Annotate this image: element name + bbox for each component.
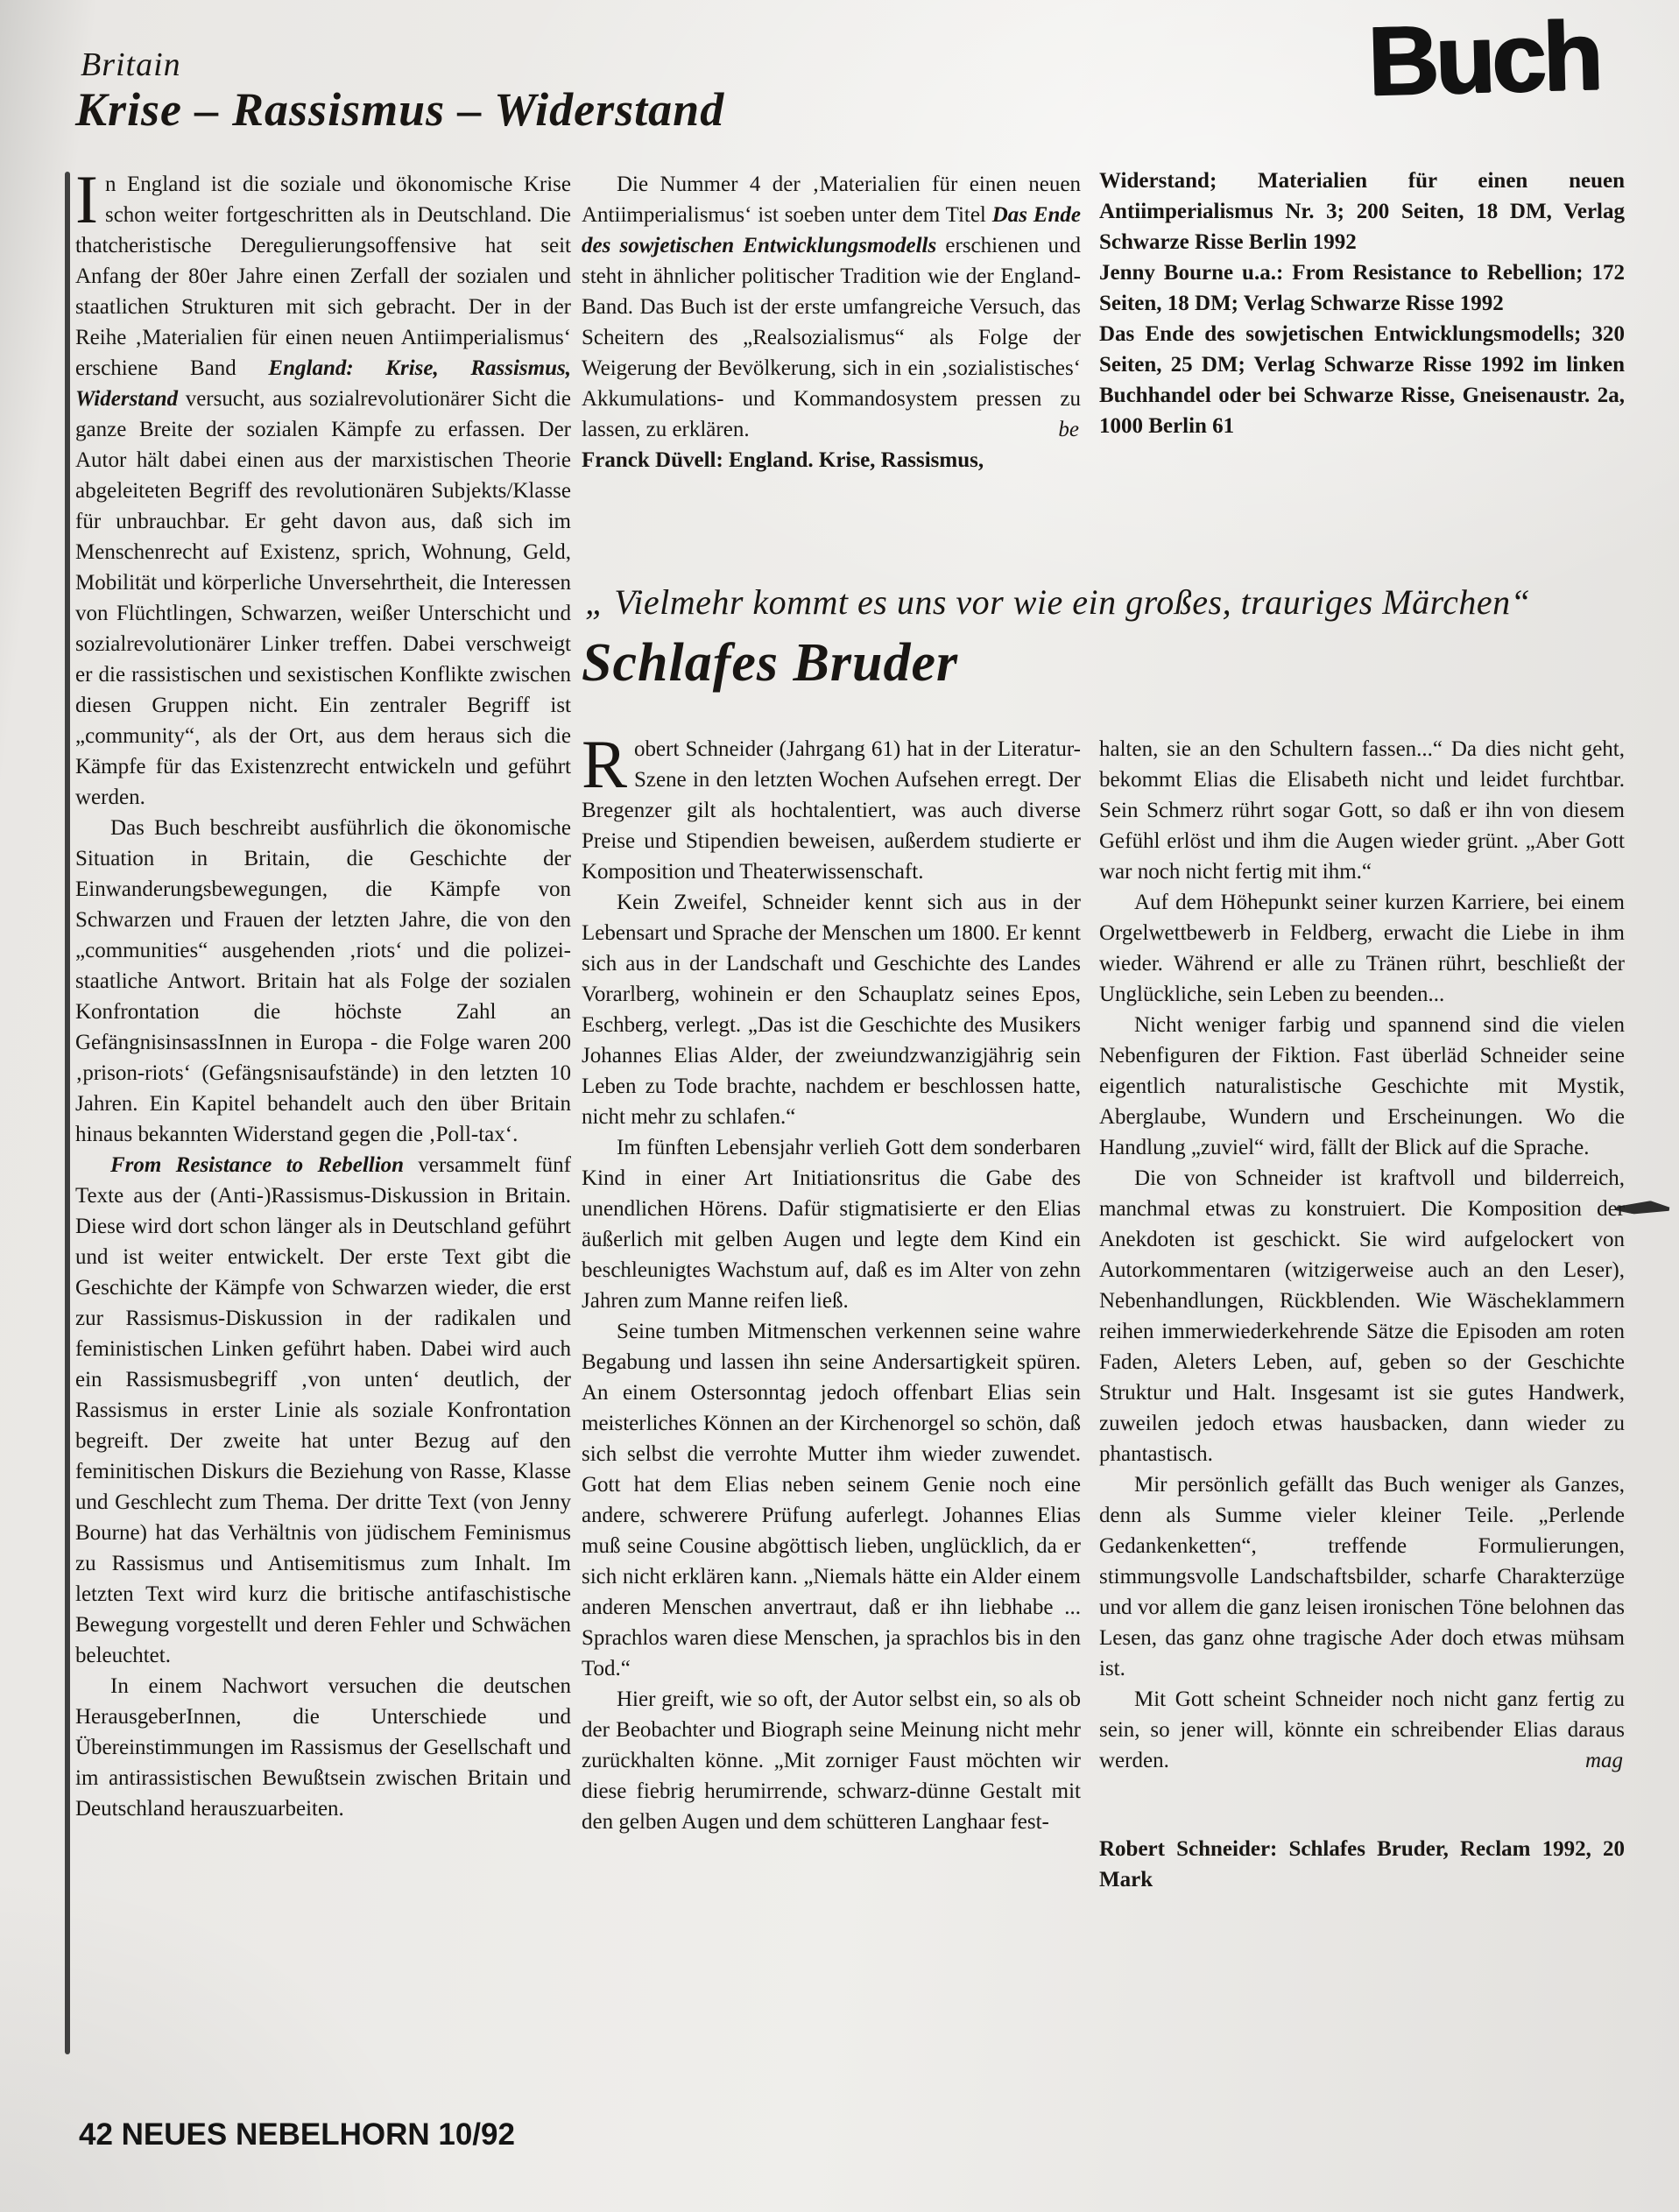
- article2-column-2: halten, sie an den Schultern fassen...“ …: [1099, 734, 1625, 1895]
- text-run: From Resistance to Rebellion: [110, 1153, 404, 1177]
- text-run: Mit Gott scheint Schneider noch nicht ga…: [1099, 1687, 1625, 1772]
- paragraph: halten, sie an den Schultern fassen...“ …: [1099, 734, 1625, 887]
- paragraph: Robert Schneider: Schlafes Bruder, Recla…: [1099, 1834, 1625, 1895]
- text-run: Nicht weniger farbig und spannend sind d…: [1099, 1013, 1625, 1159]
- paragraph: Franck Düvell: England. Krise, Rassismus…: [582, 445, 1081, 476]
- magazine-page: Britain Krise – Rassismus – Widerstand B…: [0, 0, 1679, 2212]
- text-run: n England ist die soziale und ökonomisch…: [75, 173, 571, 380]
- text-run: Seine tumben Mitmenschen verkennen seine…: [582, 1320, 1081, 1680]
- page-footer: 42 NEUES NEBELHORN 10/92: [79, 2117, 515, 2152]
- text-run: versammelt fünf Texte aus der (Anti-)Ras…: [75, 1153, 571, 1667]
- paragraph: Widerstand; Materialien für einen neuen …: [1099, 166, 1625, 257]
- paragraph: Seine tumben Mitmenschen verkennen seine…: [582, 1316, 1081, 1684]
- article2-headline: Schlafes Bruder: [582, 632, 958, 694]
- text-run: Die von Schneider ist kraftvoll und bild…: [1099, 1166, 1625, 1466]
- paragraph: Jenny Bourne u.a.: From Resistance to Re…: [1099, 257, 1625, 319]
- paragraph: In einem Nachwort versuchen die deutsche…: [75, 1671, 571, 1824]
- text-run: obert Schneider (Jahrgang 61) hat in der…: [582, 737, 1081, 884]
- text-run: In einem Nachwort versuchen die deutsche…: [75, 1674, 571, 1821]
- author-signature: be: [1023, 414, 1079, 445]
- article1-column-2: Die Nummer 4 der ‚Materialien für einen …: [582, 169, 1081, 476]
- section-logo: Buch: [1366, 0, 1600, 117]
- text-run: erschienen und steht in ähnlicher politi…: [582, 234, 1081, 441]
- article1-column-1: In England ist die soziale und ökonomisc…: [75, 169, 571, 1824]
- paragraph: In England ist die soziale und ökonomisc…: [75, 169, 571, 813]
- article1-kicker: Britain: [81, 46, 181, 84]
- paragraph: Die Nummer 4 der ‚Materialien für einen …: [582, 169, 1081, 445]
- paragraph: From Resistance to Rebellion versammelt …: [75, 1150, 571, 1671]
- article2-column-1: Robert Schneider (Jahrgang 61) hat in de…: [582, 734, 1081, 1837]
- text-run: Das Ende des sowjetischen Entwicklungsmo…: [1099, 322, 1625, 438]
- text-run: Jenny Bourne u.a.: From Resistance to Re…: [1099, 261, 1625, 315]
- paragraph: Kein Zweifel, Schneider kennt sich aus i…: [582, 887, 1081, 1132]
- text-run: Auf dem Höhepunkt seiner kurzen Karriere…: [1099, 891, 1625, 1006]
- paragraph: Mit Gott scheint Schneider noch nicht ga…: [1099, 1684, 1625, 1776]
- article1-headline: Krise – Rassismus – Widerstand: [75, 82, 724, 137]
- paragraph: Nicht weniger farbig und spannend sind d…: [1099, 1010, 1625, 1163]
- text-run: Im fünften Lebensjahr verlieh Gott dem s…: [582, 1136, 1081, 1313]
- paragraph: Auf dem Höhepunkt seiner kurzen Karriere…: [1099, 887, 1625, 1010]
- text-run: Robert Schneider: Schlafes Bruder, Recla…: [1099, 1837, 1625, 1891]
- scan-edge-line: [65, 172, 70, 2054]
- paragraph: Robert Schneider (Jahrgang 61) hat in de…: [582, 734, 1081, 887]
- paragraph: Das Ende des sowjetischen Entwicklungsmo…: [1099, 319, 1625, 441]
- paragraph: Das Buch beschreibt ausführlich die ökon…: [75, 813, 571, 1150]
- text-run: Mir persönlich gefällt das Buch weniger …: [1099, 1473, 1625, 1680]
- drop-cap: I: [75, 169, 105, 226]
- article2-pull-quote: „ Vielmehr kommt es uns vor wie ein groß…: [585, 581, 1649, 623]
- paragraph: Hier greift, wie so oft, der Autor selbs…: [582, 1684, 1081, 1837]
- text-run: Das Buch beschreibt ausführlich die ökon…: [75, 816, 571, 1146]
- text-run: halten, sie an den Schultern fassen...“ …: [1099, 737, 1625, 884]
- text-run: Widerstand; Materialien für einen neuen …: [1099, 169, 1625, 254]
- text-run: Hier greift, wie so oft, der Autor selbs…: [582, 1687, 1081, 1834]
- text-run: Franck Düvell: England. Krise, Rassismus…: [582, 448, 984, 472]
- paragraph: Mir persönlich gefällt das Buch weniger …: [1099, 1469, 1625, 1684]
- text-run: Kein Zweifel, Schneider kennt sich aus i…: [582, 891, 1081, 1129]
- article1-bibliography: Widerstand; Materialien für einen neuen …: [1099, 166, 1625, 441]
- text-run: versucht, aus sozialrevolutionärer Sicht…: [75, 387, 571, 809]
- author-signature: mag: [1550, 1745, 1623, 1776]
- paragraph: Die von Schneider ist kraftvoll und bild…: [1099, 1163, 1625, 1469]
- drop-cap: R: [582, 734, 634, 791]
- paragraph: Im fünften Lebensjahr verlieh Gott dem s…: [582, 1132, 1081, 1316]
